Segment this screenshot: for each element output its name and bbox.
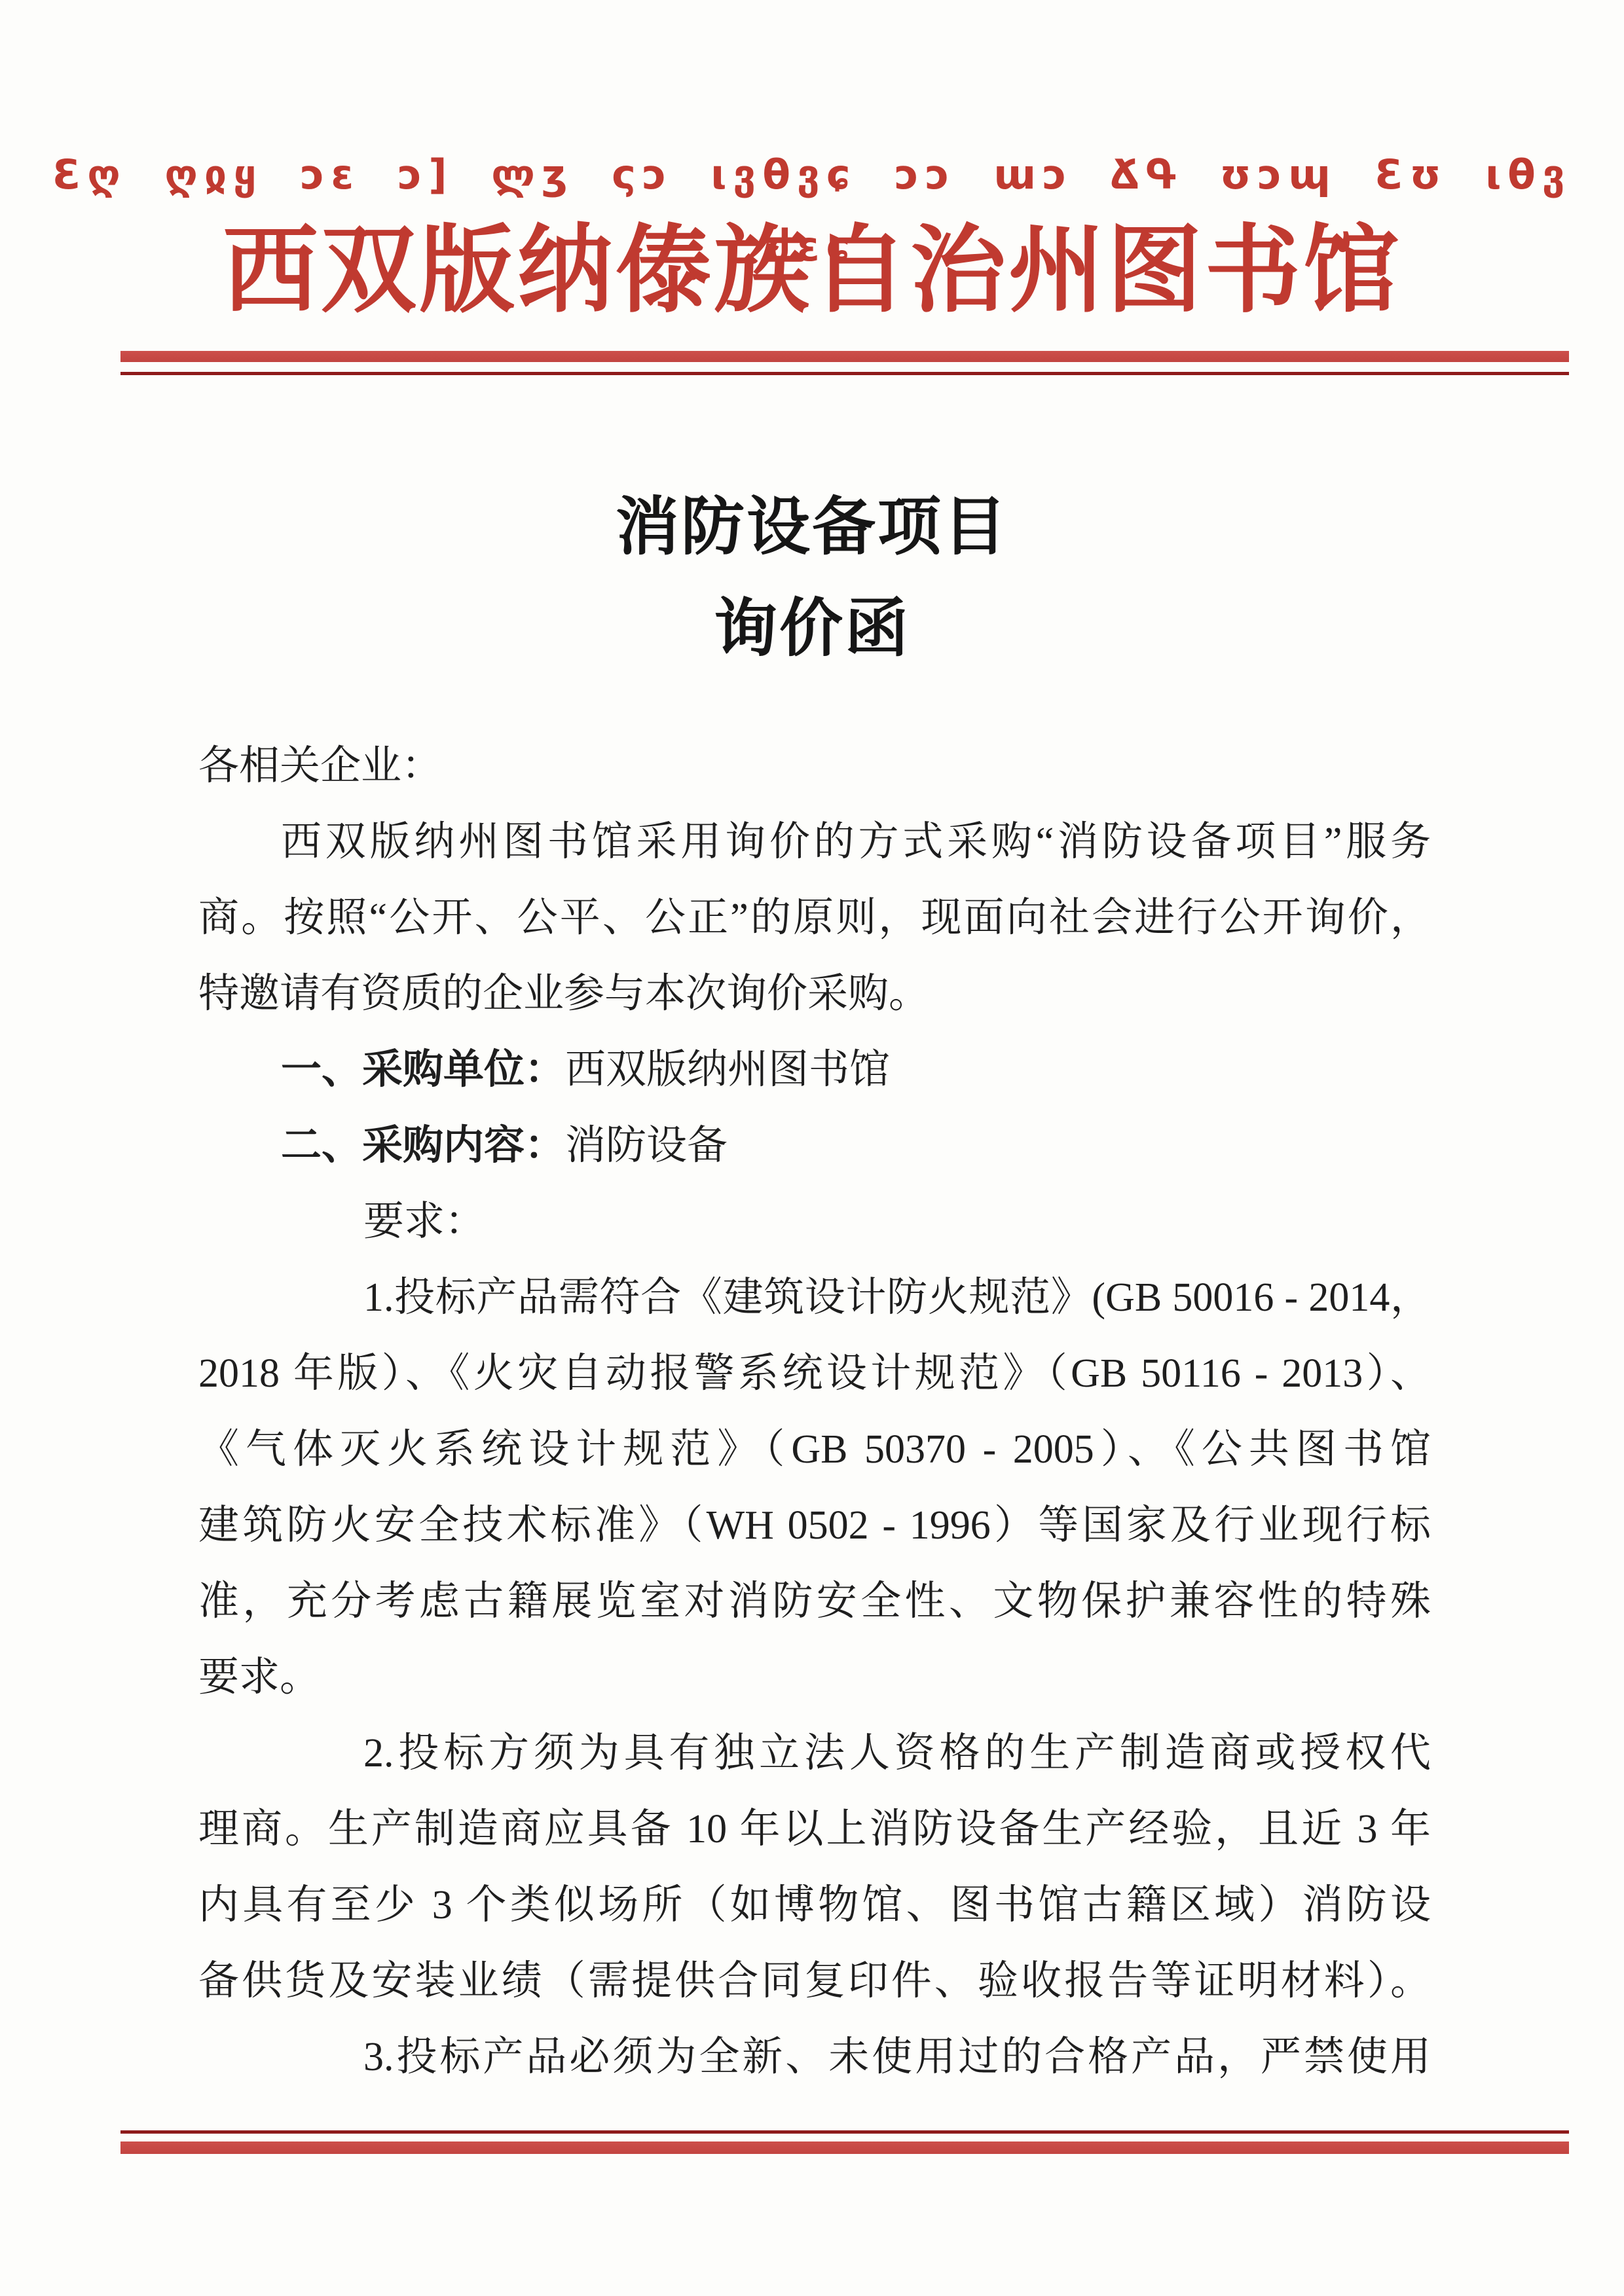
document-title: 消防设备项目 询价函 [0, 477, 1624, 680]
letter-body: 各相关企业：西双版纳州图书馆采用询价的方式采购“消防设备项目”服务商。按照“公开… [198, 728, 1431, 2095]
body-line-text: 1.投标产品需符合《建筑设计防火规范》(GB 50016 - 2014， [363, 1275, 1431, 1320]
footer-rule-thin [120, 2130, 1569, 2134]
organization-title: 西双版纳傣族自治州图书馆 [0, 216, 1624, 326]
body-line: 一、采购单位：西双版纳州图书馆 [198, 1032, 1431, 1108]
body-line-text: 备供货及安装业绩（需提供合同复印件、验收报告等证明材料）。 [198, 1959, 1431, 2003]
body-line: 1.投标产品需符合《建筑设计防火规范》(GB 50016 - 2014， [198, 1260, 1431, 1336]
body-line: 2.投标方须为具有独立法人资格的生产制造商或授权代 [198, 1715, 1431, 1791]
body-line: 3.投标产品必须为全新、未使用过的合格产品，严禁使用 [198, 2019, 1431, 2095]
body-line: 要求： [198, 1184, 1431, 1260]
body-line-text: 2018 年版）、《火灾自动报警系统设计规范》（GB 50116 - 2013）… [198, 1351, 1431, 1396]
body-line: 《气体灭火系统设计规范》（GB 50370 - 2005）、《公共图书馆 [198, 1412, 1431, 1487]
body-line: 要求。 [198, 1639, 1431, 1715]
document-title-line2: 询价函 [0, 578, 1624, 680]
body-line-text: 建筑防火安全技术标准》（WH 0502 - 1996）等国家及行业现行标 [198, 1503, 1431, 1548]
body-line: 准，充分考虑古籍展览室对消防安全性、文物保护兼容性的特殊 [198, 1563, 1431, 1639]
body-line: 各相关企业： [198, 728, 1431, 804]
body-line-text: 准，充分考虑古籍展览室对消防安全性、文物保护兼容性的特殊 [198, 1579, 1431, 1624]
body-line: 备供货及安装业绩（需提供合同复印件、验收报告等证明材料）。 [198, 1943, 1431, 2019]
body-line: 西双版纳州图书馆采用询价的方式采购“消防设备项目”服务 [198, 804, 1431, 880]
body-line-text: 西双版纳州图书馆 [565, 1048, 890, 1092]
body-line-text: 3.投标产品必须为全新、未使用过的合格产品，严禁使用 [363, 2035, 1431, 2079]
body-line: 建筑防火安全技术标准》（WH 0502 - 1996）等国家及行业现行标 [198, 1487, 1431, 1563]
body-line: 二、采购内容：消防设备 [198, 1108, 1431, 1184]
body-line-text: 商。按照“公开、公平、公正”的原则，现面向社会进行公开询价， [198, 896, 1431, 940]
body-line-text: 要求： [363, 1199, 485, 1244]
body-line-text: 西双版纳州图书馆采用询价的方式采购“消防设备项目”服务 [281, 820, 1431, 864]
document-title-line1: 消防设备项目 [0, 477, 1624, 578]
body-line-text: 各相关企业： [198, 744, 442, 788]
body-line-text: 理商。生产制造商应具备 10 年以上消防设备生产经验，且近 3 年 [198, 1807, 1431, 1851]
header-rule-thick [120, 351, 1569, 362]
footer-rule-thick [120, 2141, 1569, 2154]
body-line-text: 特邀请有资质的企业参与本次询价采购。 [198, 972, 929, 1016]
body-line-text: 2.投标方须为具有独立法人资格的生产制造商或授权代 [363, 1731, 1431, 1776]
body-line-bold-label: 一、采购单位： [281, 1048, 565, 1092]
header-rule-thin [120, 372, 1569, 375]
body-line: 内具有至少 3 个类似场所（如博物馆、图书馆古籍区域）消防设 [198, 1867, 1431, 1943]
body-line: 特邀请有资质的企业参与本次询价采购。 [198, 956, 1431, 1032]
body-line: 商。按照“公开、公平、公正”的原则，现面向社会进行公开询价， [198, 880, 1431, 956]
body-line-text: 要求。 [198, 1655, 320, 1700]
body-line-text: 消防设备 [565, 1123, 728, 1168]
body-line-text: 《气体灭火系统设计规范》（GB 50370 - 2005）、《公共图书馆 [198, 1427, 1431, 1472]
body-line: 理商。生产制造商应具备 10 年以上消防设备生产经验，且近 3 年 [198, 1791, 1431, 1867]
body-line-text: 内具有至少 3 个类似场所（如博物馆、图书馆古籍区域）消防设 [198, 1883, 1431, 1927]
body-line-bold-label: 二、采购内容： [281, 1123, 565, 1168]
body-line: 2018 年版）、《火灾自动报警系统设计规范》（GB 50116 - 2013）… [198, 1336, 1431, 1412]
scanned-letter-page: Ɛღ ღჲყ ɔɛ ɔ] ლʒ ςɔ ιვθვɕ ɔɔ ɯɔ ՃԳ ʊɔɰ Ɛʊ… [0, 0, 1624, 2296]
